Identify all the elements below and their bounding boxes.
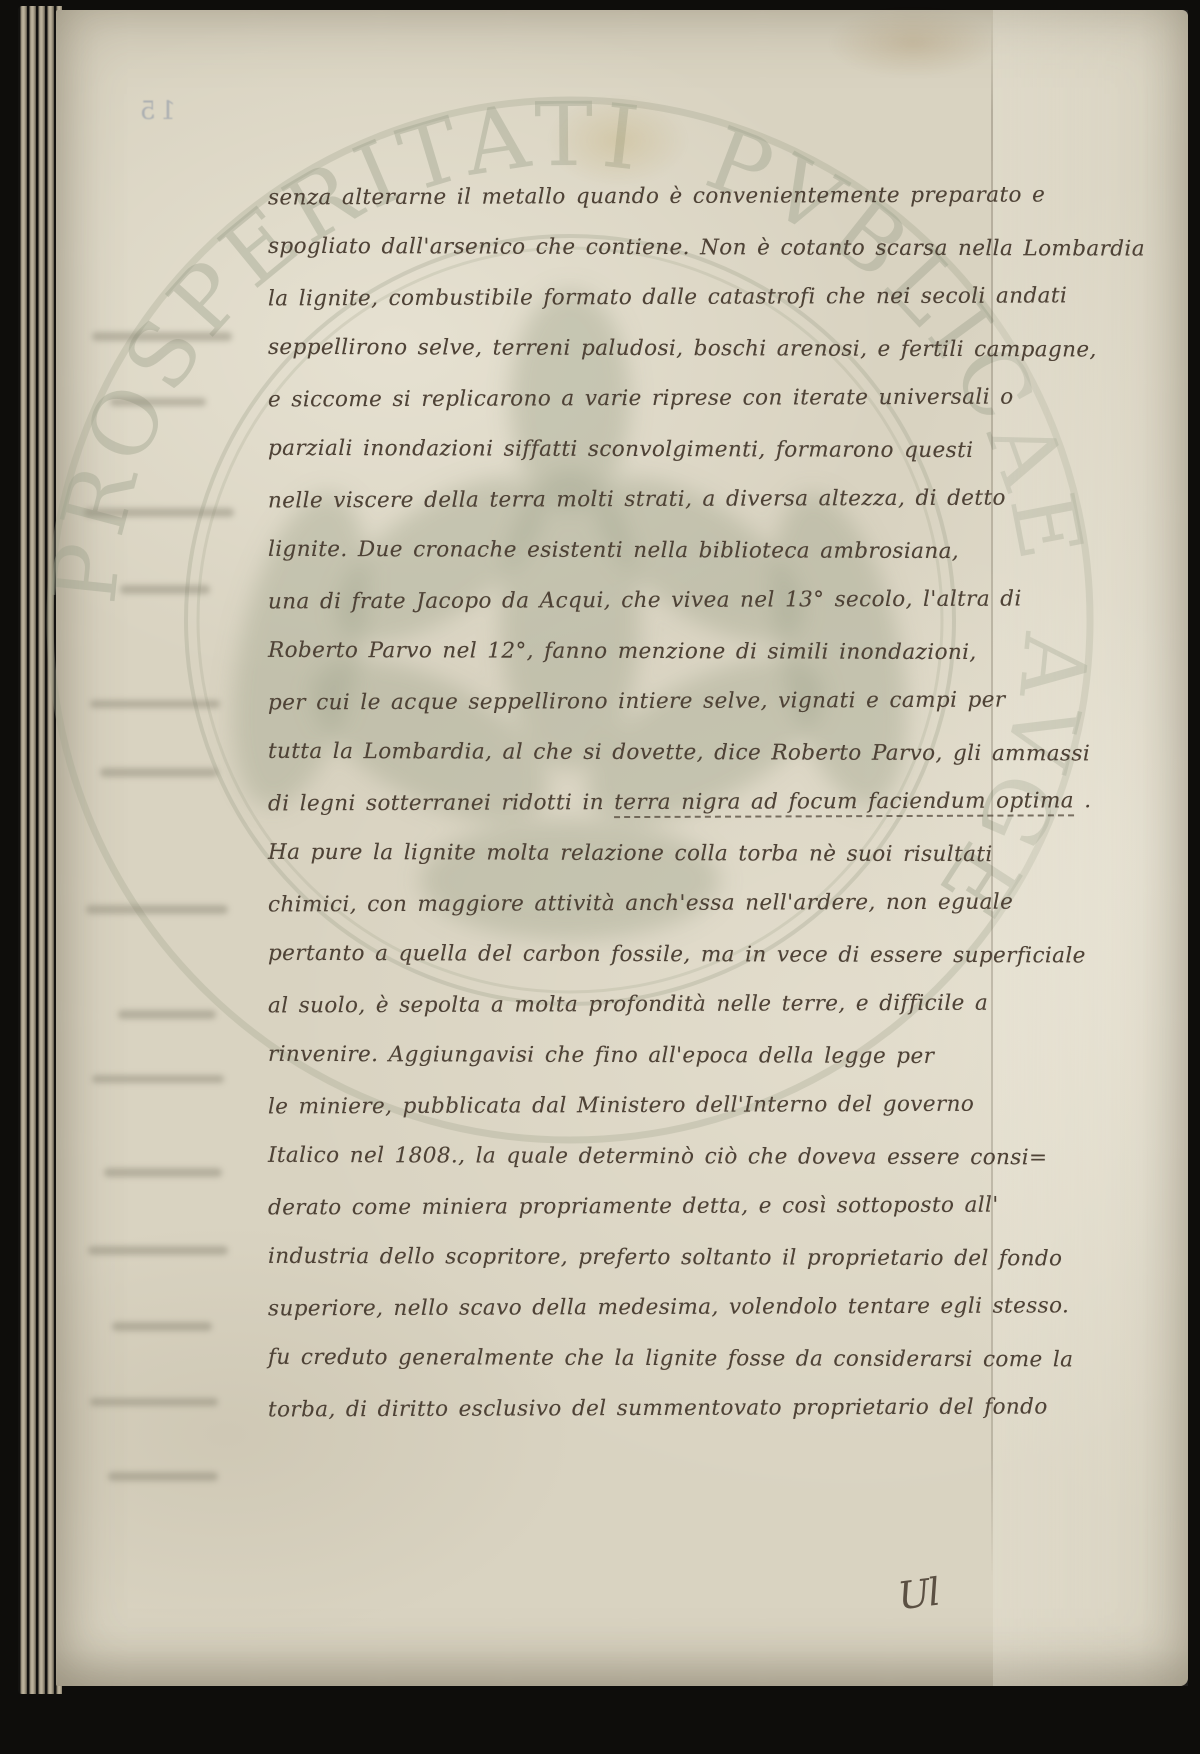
bleed-ghost-line: [112, 1322, 212, 1331]
manuscript-line: le miniere, pubblicata dal Ministero del…: [268, 1080, 1008, 1133]
manuscript-line: Italico nel 1808., la quale determinò ci…: [268, 1130, 1008, 1183]
manuscript-line: e siccome si replicarono a varie riprese…: [268, 373, 1008, 426]
scanned-manuscript-screenshot: { "manuscript": { "ghost_page_number": "…: [0, 0, 1200, 1754]
manuscript-line-segment: di legni sotterranei ridotti in: [268, 790, 614, 816]
manuscript-line: per cui le acque seppellirono intiere se…: [268, 676, 1008, 729]
bleed-ghost-line: [88, 1246, 228, 1255]
manuscript-line: Ha pure la lignite molta relazione colla…: [268, 827, 1008, 880]
bleed-ghost-line: [108, 1472, 218, 1481]
bleed-ghost-line: [120, 585, 210, 594]
underlined-latin-phrase: terra nigra ad focum faciendum optima: [614, 788, 1074, 818]
handwritten-text-block: senza alterarne il metallo quando è conv…: [268, 172, 1008, 1435]
manuscript-line: nelle viscere della terra molti strati, …: [268, 474, 1008, 527]
manuscript-line: industria dello scopritore, preferto sol…: [268, 1231, 1008, 1284]
bleed-ghost-line: [92, 1075, 224, 1083]
manuscript-line: pertanto a quella del carbon fossile, ma…: [268, 928, 1008, 981]
manuscript-line: tutta la Lombardia, al che si dovette, d…: [268, 726, 1008, 779]
manuscript-line: chimici, con maggiore attività anch'essa…: [268, 878, 1008, 931]
bleed-ghost-line: [110, 398, 206, 406]
manuscript-line: la lignite, combustibile formato dalle c…: [268, 272, 1008, 325]
manuscript-line: lignite. Due cronache esistenti nella bi…: [268, 524, 1008, 577]
manuscript-line: una di frate Jacopo da Acqui, che vivea …: [268, 575, 1008, 628]
manuscript-line: superiore, nello scavo della medesima, v…: [268, 1282, 1008, 1335]
manuscript-line: spogliato dall'arsenico che contiene. No…: [268, 221, 1008, 274]
manuscript-line-latin-underlined: di legni sotterranei ridotti in terra ni…: [268, 777, 1008, 830]
bleed-ghost-line: [84, 508, 234, 517]
manuscript-line: rinvenire. Aggiungavisi che fino all'epo…: [268, 1029, 1008, 1082]
manuscript-line: seppellirono selve, terreni paludosi, bo…: [268, 322, 1008, 375]
bleed-ghost-line: [100, 768, 218, 777]
bleed-ghost-line: [118, 1010, 216, 1019]
bleed-ghost-line: [90, 700, 220, 708]
manuscript-line: derato come miniera propriamente detta, …: [268, 1181, 1008, 1234]
manuscript-line: senza alterarne il metallo quando è conv…: [268, 171, 1008, 224]
bleed-ghost-line: [86, 905, 228, 914]
bleed-ghost-line: [104, 1168, 222, 1177]
manuscript-line: al suolo, è sepolta a molta profondità n…: [268, 979, 1008, 1032]
ink-stain: [828, 8, 998, 78]
manuscript-line: parziali inondazioni siffatti sconvolgim…: [268, 423, 1008, 476]
manuscript-line-segment: .: [1074, 788, 1092, 813]
bleed-ghost-line: [92, 332, 232, 341]
corner-flourish-mark: Ul: [895, 1570, 940, 1619]
manuscript-line: fu creduto generalmente che la lignite f…: [268, 1332, 1008, 1385]
bleed-ghost-line: [90, 1398, 218, 1406]
manuscript-line: Roberto Parvo nel 12°, fanno menzione di…: [268, 625, 1008, 678]
ghost-page-number: 15: [136, 96, 176, 125]
manuscript-line: torba, di diritto esclusivo del summento…: [268, 1383, 1008, 1436]
